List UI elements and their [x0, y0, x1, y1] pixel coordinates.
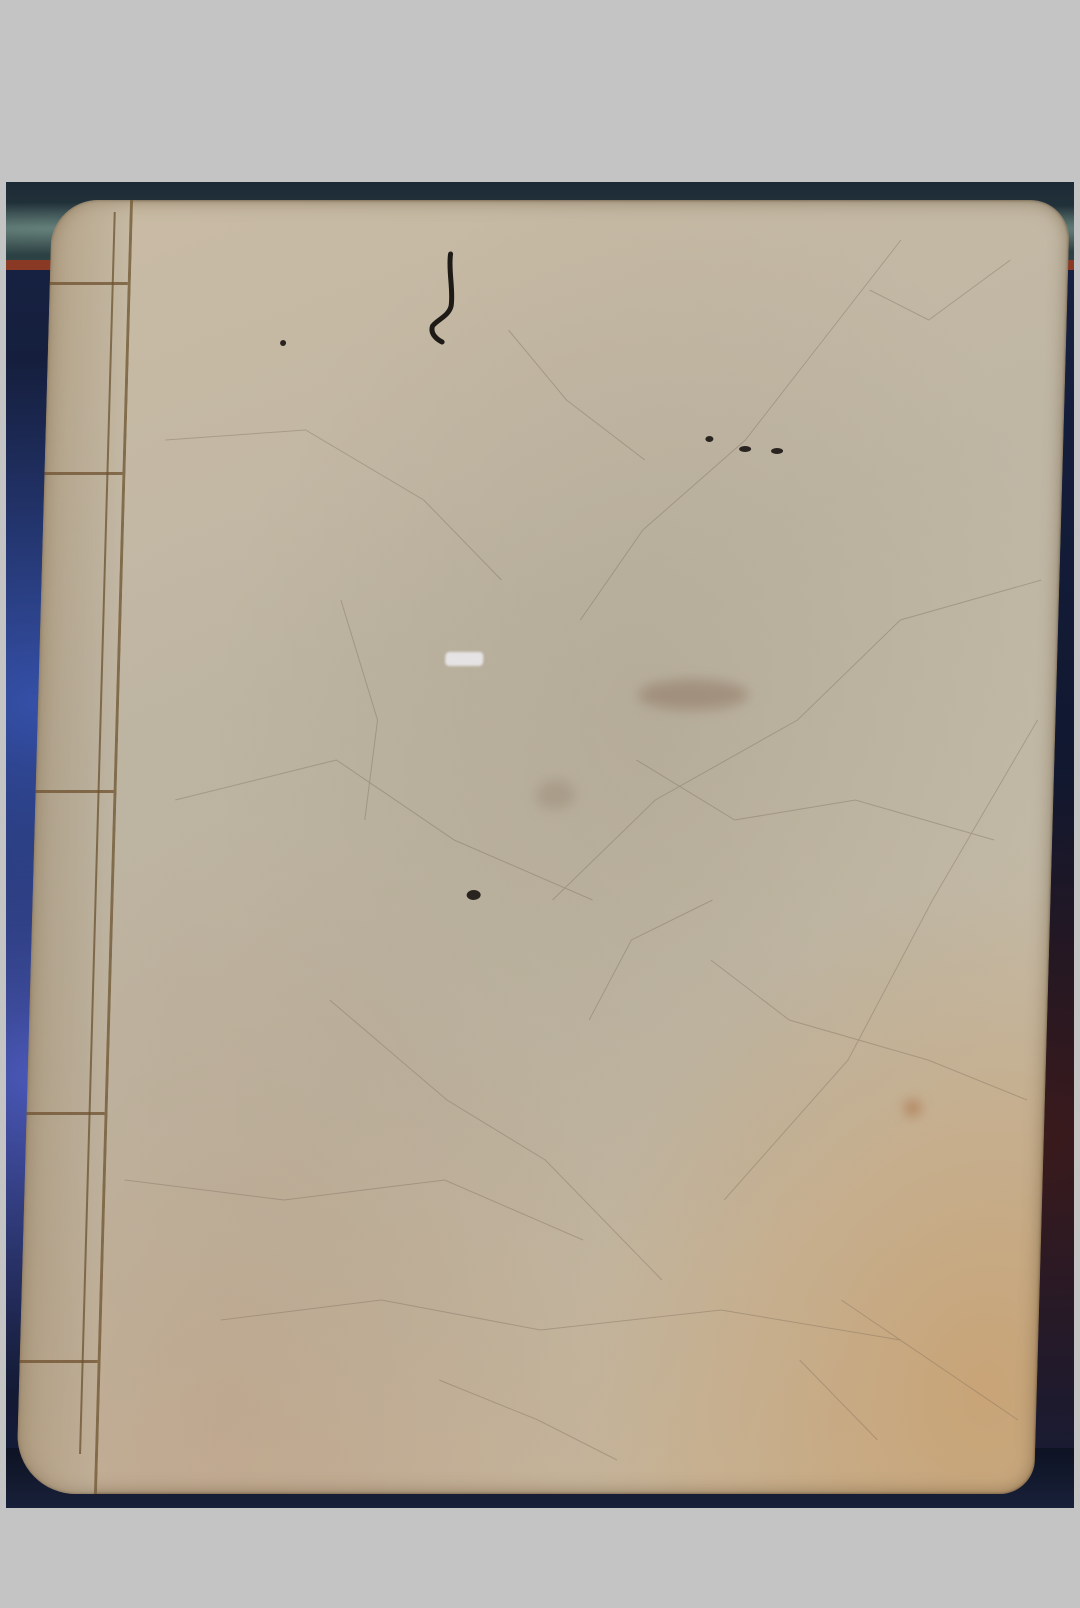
paper-crease-texture	[16, 200, 1070, 1494]
binding-stitch-tie	[27, 1112, 105, 1115]
binding-stitch-tie	[44, 472, 122, 475]
binding-stitch-tie	[20, 1360, 98, 1363]
handwritten-ink-stroke-icon	[422, 250, 465, 350]
binding-stitch-tie	[36, 790, 114, 793]
worn-white-patch	[445, 652, 483, 666]
book-cover	[16, 200, 1070, 1494]
ink-spot	[771, 448, 783, 454]
book-photo	[6, 182, 1074, 1508]
foxing-stain	[638, 680, 749, 710]
binding-stitch-tie	[50, 282, 128, 285]
